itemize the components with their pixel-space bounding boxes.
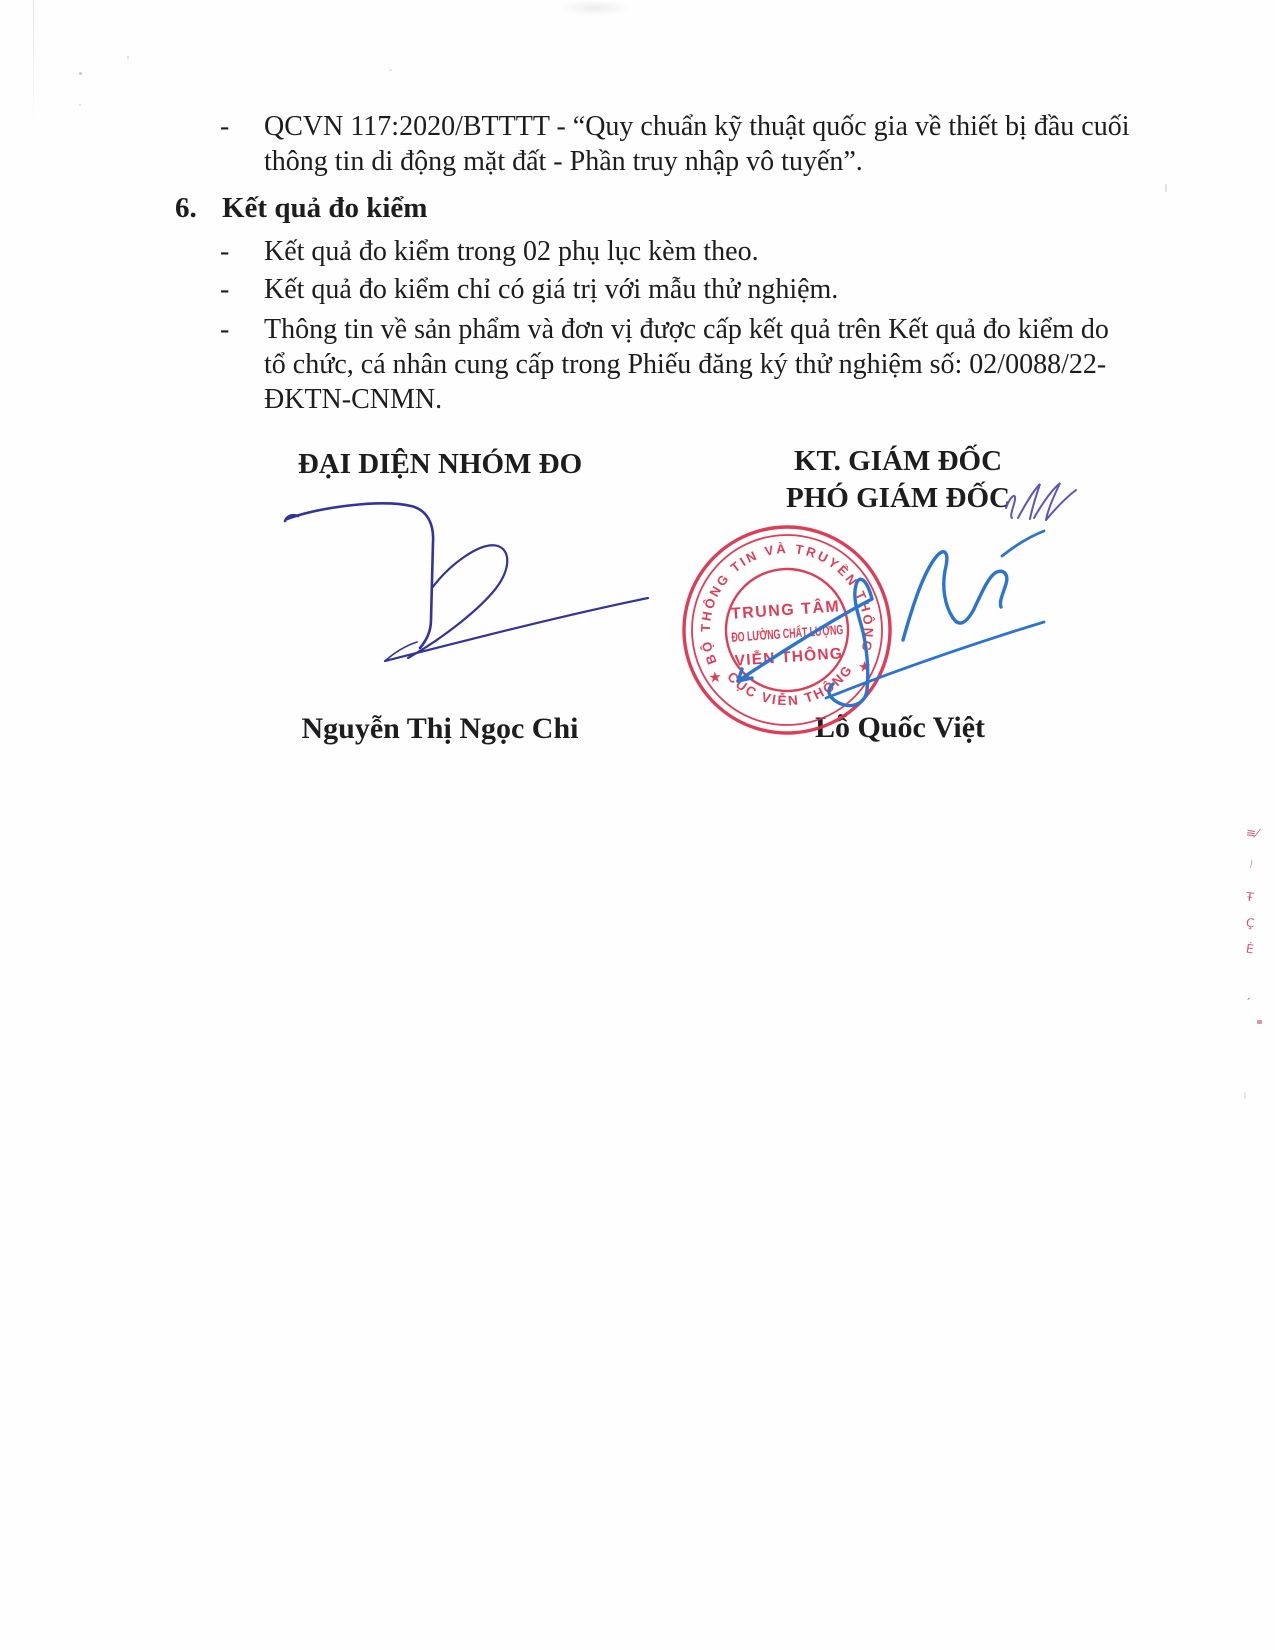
red-bleed-mark: Ç [1245,915,1255,930]
list-item-text: Kết quả đo kiểm trong 02 phụ lục kèm the… [264,234,1130,269]
document-page: ≡⁄ ﹨ Ŧ Ç Ė ˏ - QCVN 117:2020/BTTTT - “Qu… [0,0,1275,1650]
red-bleed-mark: ﹨ [1243,852,1262,873]
list-item: - Kết quả đo kiểm chỉ có giá trị với mẫu… [220,272,1130,307]
bullet-dash: - [220,312,229,347]
left-signatory-name: Nguyễn Thị Ngọc Chi [280,712,600,746]
scan-speck [389,69,392,71]
left-signatory-title: ĐẠI DIỆN NHÓM ĐO [280,446,600,483]
scan-smudge [560,0,630,16]
red-bleed-mark: Ŧ [1245,890,1254,905]
red-bleed-speck [1257,1020,1262,1024]
section-number: 6. [175,192,222,225]
list-item-qcvn: - QCVN 117:2020/BTTTT - “Quy chuẩn kỹ th… [220,109,1130,179]
list-item-text: Thông tin về sản phẩm và đơn vị được cấp… [264,312,1130,417]
scan-speck [1244,1092,1246,1099]
bullet-dash: - [220,272,229,307]
bullet-dash: - [220,109,229,144]
scan-speck [79,104,81,106]
scan-speck [127,56,129,59]
scan-speck [79,72,82,75]
signature-nguyen-thi-ngoc-chi [260,480,660,680]
initials-scribble [1000,478,1080,528]
section-heading: 6.Kết quả đo kiểm [175,192,427,225]
bullet-dash: - [220,234,229,269]
list-item-text: QCVN 117:2020/BTTTT - “Quy chuẩn kỹ thuậ… [264,109,1130,179]
red-bleed-mark: ˏ [1245,986,1253,1001]
list-item: - Thông tin về sản phẩm và đơn vị được c… [220,312,1130,417]
section-title: Kết quả đo kiểm [222,192,427,224]
red-bleed-mark: ≡⁄ [1245,825,1259,841]
scan-speck [1165,184,1167,192]
scan-line-artifact [33,0,34,130]
red-bleed-mark: Ė [1245,942,1254,957]
list-item: - Kết quả đo kiểm trong 02 phụ lục kèm t… [220,234,1130,269]
list-item-text: Kết quả đo kiểm chỉ có giá trị với mẫu t… [264,272,1130,307]
